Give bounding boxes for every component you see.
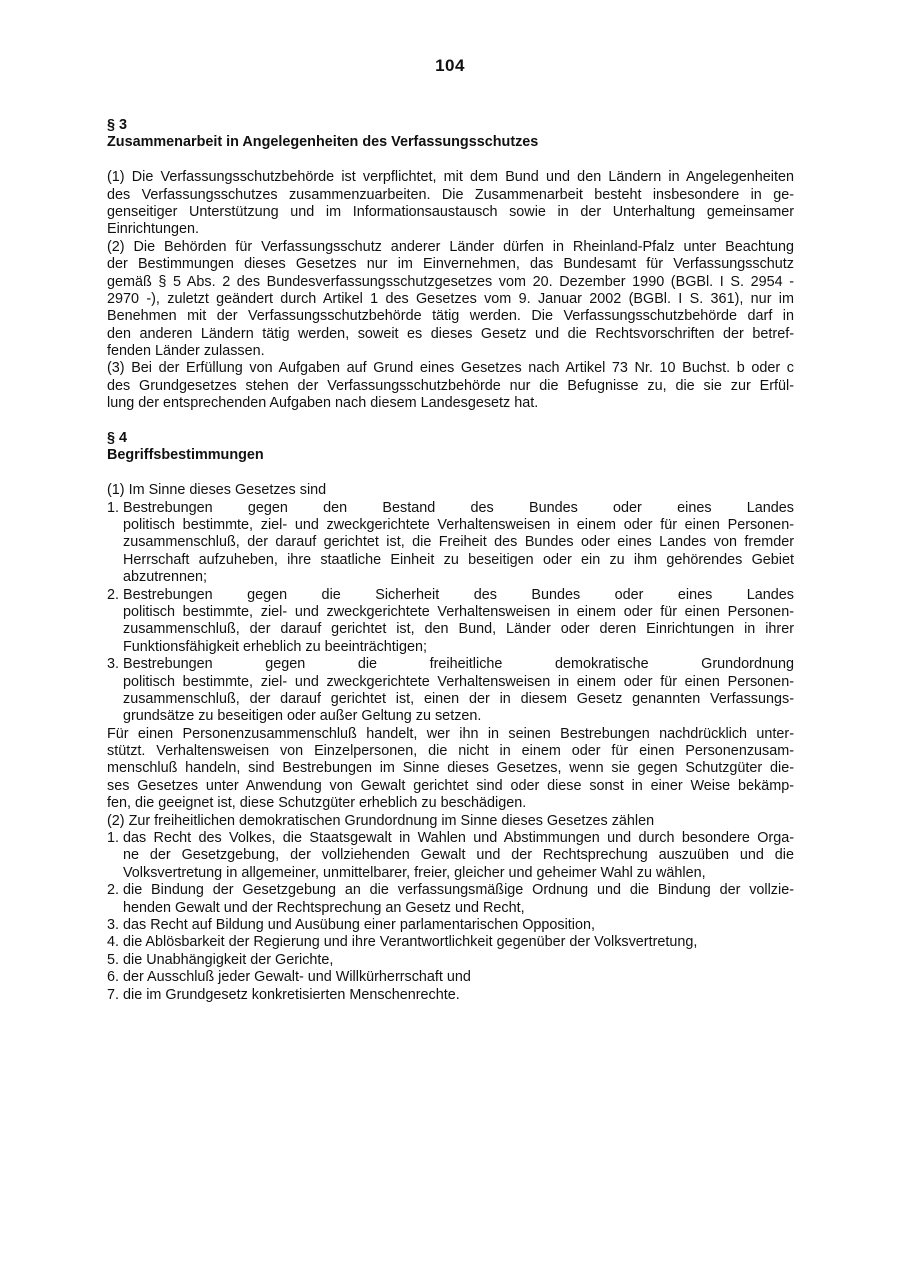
list-item: 3.das Recht auf Bildung und Ausübung ein… [107, 917, 794, 934]
list-item-number: 7. [107, 987, 119, 1003]
list-item-text: Bestrebungen gegen den Bestand des Bunde… [123, 500, 794, 587]
text-line: Bestrebungen gegen den Bestand des Bunde… [123, 500, 794, 517]
text-line: politisch bestimmte, ziel- und zweckgeri… [123, 604, 794, 621]
text-line: Einrichtungen. [107, 221, 794, 238]
list-item-number: 1. [107, 500, 119, 516]
list-item-text: das Recht des Volkes, die Staatsgewalt i… [123, 830, 794, 882]
list-item: 3.Bestrebungen gegen die freiheitliche d… [107, 656, 794, 726]
section-number: § 3 [107, 117, 794, 134]
list-item: 7.die im Grundgesetz konkretisierten Men… [107, 987, 794, 1004]
list-item: 2.Bestrebungen gegen die Sicherheit des … [107, 587, 794, 657]
text-line: zusammenschluß, der darauf gerichtet ist… [123, 691, 794, 708]
text-line: politisch bestimmte, ziel- und zweckgeri… [123, 517, 794, 534]
definition-list: 1.Bestrebungen gegen den Bestand des Bun… [107, 500, 794, 726]
text-line: (3) Bei der Erfüllung von Aufgaben auf G… [107, 360, 794, 377]
text-line: abzutrennen; [123, 569, 794, 586]
page-number: 104 [0, 56, 900, 76]
text-line: das Recht des Volkes, die Staatsgewalt i… [123, 830, 794, 847]
list-item-text: der Ausschluß jeder Gewalt- und Willkürh… [123, 969, 794, 986]
principles-list: 1.das Recht des Volkes, die Staatsgewalt… [107, 830, 794, 1004]
list-item: 2.die Bindung der Gesetzgebung an die ve… [107, 882, 794, 917]
subsection-intro: (2) Zur freiheitlichen demokratischen Gr… [107, 813, 794, 830]
text-line: den anderen Ländern tätig werden, soweit… [107, 326, 794, 343]
text-line: Für einen Personenzusammenschluß handelt… [107, 726, 794, 743]
text-line: die Ablösbarkeit der Regierung und ihre … [123, 934, 794, 951]
paragraph: Für einen Personenzusammenschluß handelt… [107, 726, 794, 813]
paragraph: (2) Die Behörden für Verfassungsschutz a… [107, 239, 794, 361]
list-item-text: Bestrebungen gegen die freiheitliche dem… [123, 656, 794, 726]
list-item: 1.das Recht des Volkes, die Staatsgewalt… [107, 830, 794, 882]
list-item-number: 5. [107, 952, 119, 968]
text-line: der Ausschluß jeder Gewalt- und Willkürh… [123, 969, 794, 986]
list-item-number: 4. [107, 934, 119, 950]
text-line: menschluß handeln, sind Bestrebungen im … [107, 760, 794, 777]
text-line: politisch bestimmte, ziel- und zweckgeri… [123, 674, 794, 691]
text-line: ne der Gesetzgebung, der vollziehenden G… [123, 847, 794, 864]
text-line: gemäß § 5 Abs. 2 des Bundesverfassungssc… [107, 274, 794, 291]
document-body: § 3 Zusammenarbeit in Angelegenheiten de… [107, 117, 794, 1004]
text-line: grundsätze zu beseitigen oder außer Gelt… [123, 708, 794, 725]
list-item-text: das Recht auf Bildung und Ausübung einer… [123, 917, 794, 934]
list-item-text: die Unabhängigkeit der Gerichte, [123, 952, 794, 969]
text-line: die im Grundgesetz konkretisierten Mensc… [123, 987, 794, 1004]
text-line: genseitiger Unterstützung und im Informa… [107, 204, 794, 221]
text-line: (2) Die Behörden für Verfassungsschutz a… [107, 239, 794, 256]
text-line: fenden Länder zulassen. [107, 343, 794, 360]
text-line: ses Gesetzes unter Anwendung von Gewalt … [107, 778, 794, 795]
text-line: Bestrebungen gegen die freiheitliche dem… [123, 656, 794, 673]
paragraph: (1) Die Verfassungsschutzbehörde ist ver… [107, 169, 794, 239]
text-line: des Verfassungsschutzes zusammenzuarbeit… [107, 187, 794, 204]
text-line: die Unabhängigkeit der Gerichte, [123, 952, 794, 969]
list-item: 6.der Ausschluß jeder Gewalt- und Willkü… [107, 969, 794, 986]
list-item-number: 3. [107, 917, 119, 933]
list-item: 1.Bestrebungen gegen den Bestand des Bun… [107, 500, 794, 587]
text-line: das Recht auf Bildung und Ausübung einer… [123, 917, 794, 934]
list-item-number: 2. [107, 587, 119, 603]
list-item-text: die Bindung der Gesetzgebung an die verf… [123, 882, 794, 917]
section-3: § 3 Zusammenarbeit in Angelegenheiten de… [107, 117, 794, 413]
text-line: Volksvertretung in allgemeiner, unmittel… [123, 865, 794, 882]
list-item-text: Bestrebungen gegen die Sicherheit des Bu… [123, 587, 794, 657]
list-item-number: 3. [107, 656, 119, 672]
section-title: Begriffsbestimmungen [107, 447, 794, 464]
text-line: der Bestimmungen dieses Gesetzes nur im … [107, 256, 794, 273]
list-item-text: die im Grundgesetz konkretisierten Mensc… [123, 987, 794, 1004]
text-line: stützt. Verhaltensweisen von Einzelperso… [107, 743, 794, 760]
text-line: Bestrebungen gegen die Sicherheit des Bu… [123, 587, 794, 604]
list-item-number: 2. [107, 882, 119, 898]
text-line: fen, die geeignet ist, diese Schutzgüter… [107, 795, 794, 812]
text-line: die Bindung der Gesetzgebung an die verf… [123, 882, 794, 899]
section-4: § 4 Begriffsbestimmungen (1) Im Sinne di… [107, 430, 794, 1004]
text-line: Herrschaft aufzuheben, ihre staatliche E… [123, 552, 794, 569]
text-line: lung der entsprechenden Aufgaben nach di… [107, 395, 794, 412]
text-line: zusammenschluß, der darauf gerichtet ist… [123, 534, 794, 551]
section-number: § 4 [107, 430, 794, 447]
list-item-text: die Ablösbarkeit der Regierung und ihre … [123, 934, 794, 951]
text-line: (1) Die Verfassungsschutzbehörde ist ver… [107, 169, 794, 186]
text-line: henden Gewalt und der Rechtsprechung an … [123, 900, 794, 917]
text-line: Funktionsfähigkeit erheblich zu beeinträ… [123, 639, 794, 656]
list-item: 4.die Ablösbarkeit der Regierung und ihr… [107, 934, 794, 951]
text-line: des Grundgesetzes stehen der Verfassungs… [107, 378, 794, 395]
list-item: 5.die Unabhängigkeit der Gerichte, [107, 952, 794, 969]
subsection-intro: (1) Im Sinne dieses Gesetzes sind [107, 482, 794, 499]
text-line: Benehmen mit der Verfassungsschutzbehörd… [107, 308, 794, 325]
text-line: zusammenschluß, der darauf gerichtet ist… [123, 621, 794, 638]
text-line: 2970 -), zuletzt geändert durch Artikel … [107, 291, 794, 308]
list-item-number: 1. [107, 830, 119, 846]
list-item-number: 6. [107, 969, 119, 985]
paragraph: (3) Bei der Erfüllung von Aufgaben auf G… [107, 360, 794, 412]
section-title: Zusammenarbeit in Angelegenheiten des Ve… [107, 134, 794, 151]
